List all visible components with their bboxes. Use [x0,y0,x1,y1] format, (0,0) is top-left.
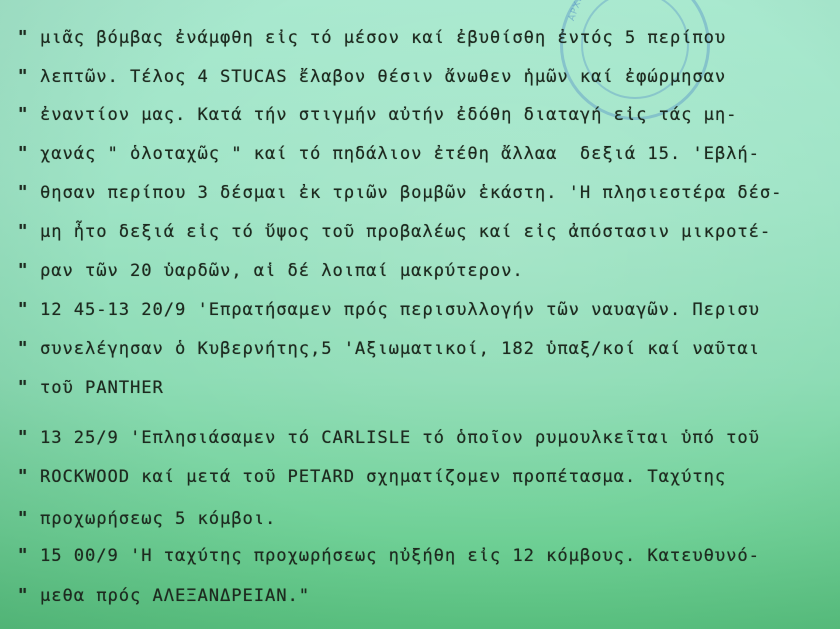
line-text: συνελέγησαν ὁ Κυβερνήτης,5 'Αξιωματικοί,… [40,334,760,364]
quote-mark: " [18,139,30,169]
quote-mark: " [18,62,30,92]
quote-mark: " [18,100,30,130]
line-text: ραν τῶν 20 ὑαρδῶν, αἱ δέ λοιπαί μακρύτερ… [40,256,524,286]
quote-mark: " [18,462,30,492]
line-text: 15 00/9 'Η ταχύτης προχωρήσεως ηὐξήθη εἰ… [40,541,760,571]
line-text: τοῦ PANTHER [40,373,164,403]
quote-mark: " [18,23,30,53]
line-text: θησαν περίπου 3 δέσμαι ἐκ τριῶν βομβῶν ἑ… [40,178,782,208]
line-text: λεπτῶν. Τέλος 4 STUCAS ἔλαβον θέσιν ἄνωθ… [40,62,726,92]
line-text: μιᾶς βόμβας ἐνάμφθη εἰς τό μέσον καί ἐβυ… [40,23,726,53]
quote-mark: " [18,256,30,286]
quote-mark: " [18,373,30,403]
line-text: μη ἦτο δεξιά εἰς τό ὕψος τοῦ προβαλέως κ… [40,217,771,247]
quote-mark: " [18,217,30,247]
quote-mark: " [18,178,30,208]
line-text: 13 25/9 'Επλησιάσαμεν τό CARLISLE τό ὁπο… [40,423,760,453]
quote-mark: " [18,504,30,534]
line-text: μεθα πρός ΑΛΕΞΑΝΔΡΕΙΑΝ." [40,581,310,611]
quote-mark: " [18,295,30,325]
quote-mark: " [18,423,30,453]
line-text: ROCKWOOD καί μετά τοῦ PETARD σχηματίζομε… [40,462,726,492]
line-text: προχωρήσεως 5 κόμβοι. [40,504,276,534]
line-text: χανάς " ὁλοταχῶς " καί τό πηδάλιον ἐτέθη… [40,139,760,169]
line-text: 12 45-13 20/9 'Επρατήσαμεν πρός περισυλλ… [40,295,760,325]
line-text: ἐναντίον μας. Κατά τήν στιγμήν αὐτήν ἐδό… [40,100,737,130]
quote-mark: " [18,334,30,364]
quote-mark: " [18,581,30,611]
quote-mark: " [18,541,30,571]
